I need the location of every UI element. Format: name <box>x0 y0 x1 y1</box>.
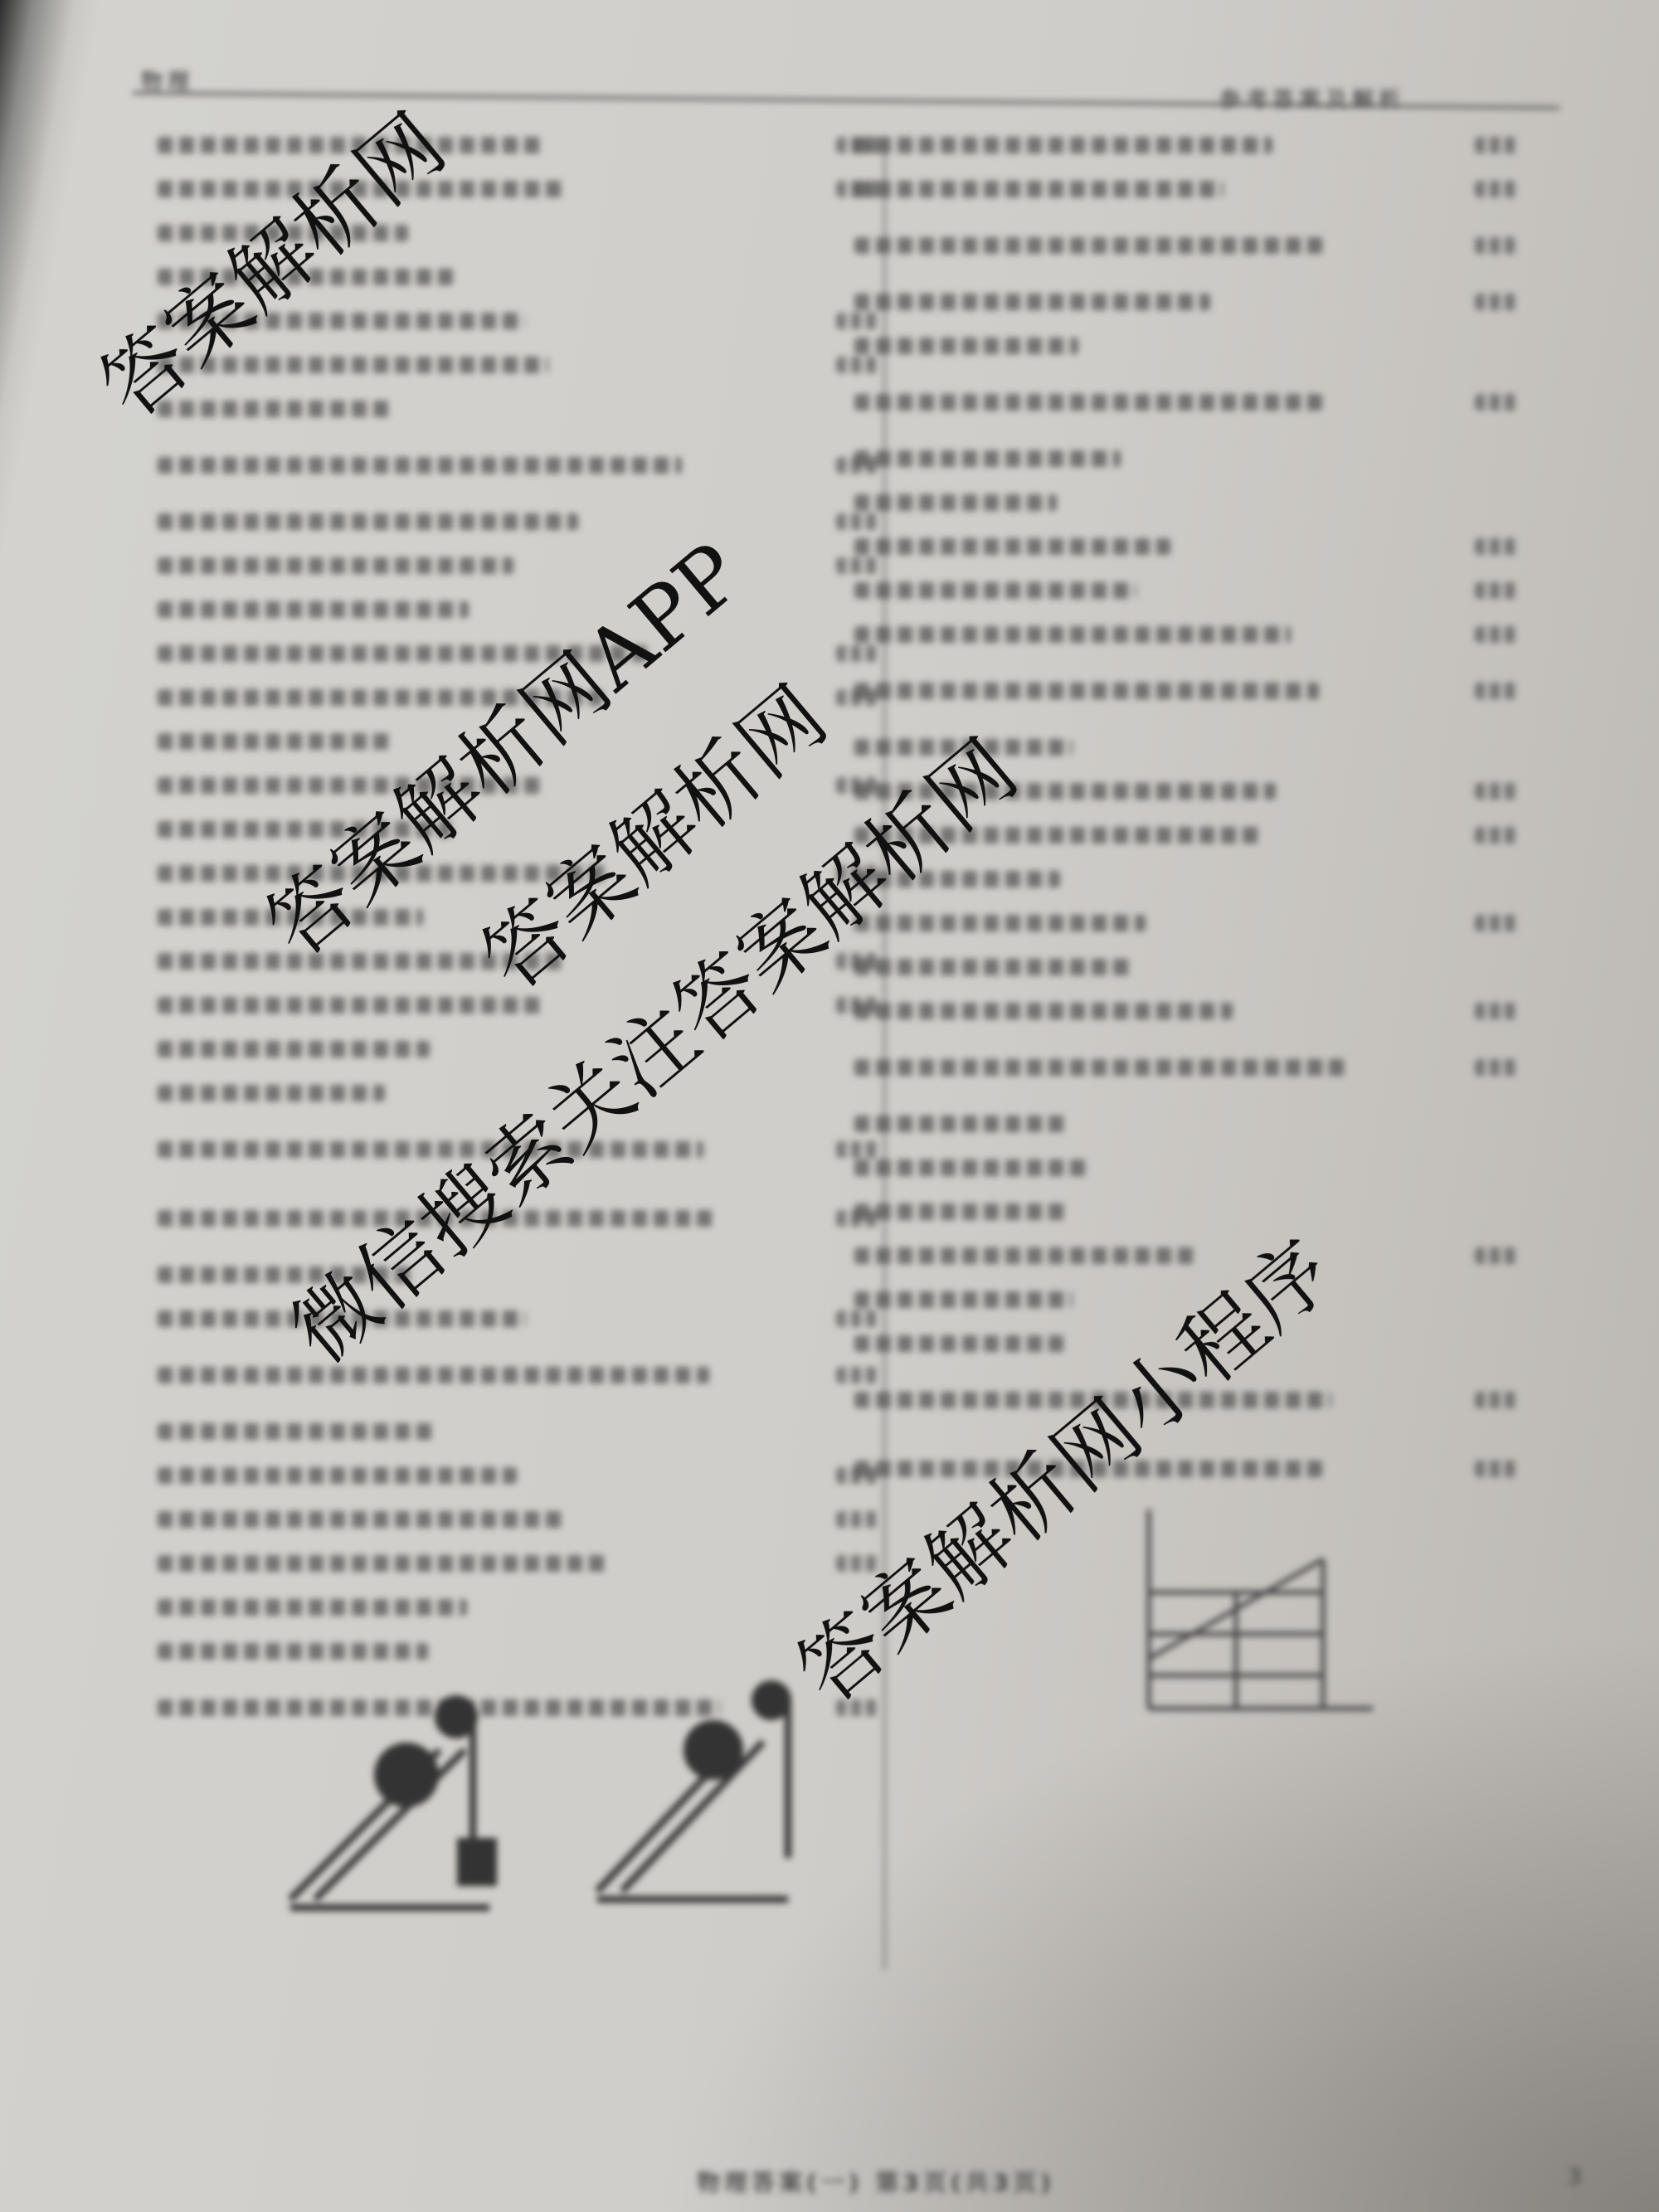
blurred-text <box>854 683 1319 699</box>
text-line <box>158 861 879 886</box>
score-marker <box>1475 394 1518 411</box>
score-marker <box>836 1511 879 1528</box>
blurred-text <box>854 394 1322 411</box>
text-line <box>854 955 1518 980</box>
score-marker <box>1475 294 1518 310</box>
text-line <box>158 1350 879 1400</box>
text-line <box>158 509 879 534</box>
text-line <box>854 446 1518 471</box>
blurred-text <box>854 294 1210 310</box>
text-line <box>158 440 879 490</box>
text-line <box>854 1199 1518 1224</box>
text-line <box>854 377 1518 427</box>
blurred-text <box>854 1335 1068 1352</box>
blurred-text <box>854 1203 1068 1220</box>
text-line <box>854 333 1518 358</box>
blurred-text <box>158 513 578 530</box>
text-line <box>158 1037 879 1062</box>
blurred-text <box>158 457 682 474</box>
score-marker <box>1475 1461 1518 1477</box>
text-line <box>854 1043 1518 1092</box>
text-line <box>158 641 879 666</box>
blurred-text <box>158 1511 564 1528</box>
text-line <box>854 911 1518 936</box>
score-marker <box>1475 827 1518 843</box>
text-line <box>158 177 879 202</box>
score-marker <box>1475 582 1518 599</box>
blurred-text <box>854 538 1170 555</box>
text-line <box>158 1595 879 1620</box>
text-line <box>158 1262 879 1287</box>
page-number: 3 <box>1568 2165 1582 2190</box>
blurred-text <box>854 237 1323 254</box>
text-line <box>854 221 1518 270</box>
text-line <box>158 1507 879 1532</box>
text-line <box>854 1243 1518 1268</box>
score-marker <box>1475 1003 1518 1019</box>
text-line <box>854 666 1518 716</box>
blurred-text <box>158 601 469 618</box>
text-line <box>854 1444 1518 1494</box>
blurred-text <box>158 733 394 750</box>
section-header: 参考答案及解析 <box>1219 83 1405 114</box>
text-line <box>158 817 879 842</box>
text-line <box>854 133 1518 158</box>
blurred-text <box>854 582 1136 599</box>
score-marker <box>1475 1392 1518 1408</box>
blurred-text <box>158 401 395 417</box>
score-marker <box>1475 538 1518 555</box>
blurred-text <box>854 1247 1196 1264</box>
blurred-text <box>854 1291 1073 1308</box>
blurred-text <box>854 1003 1233 1019</box>
blurred-text <box>158 1367 709 1383</box>
text-line <box>158 1551 879 1576</box>
score-marker <box>1475 915 1518 931</box>
velocity-time-graph <box>1124 1493 1398 1742</box>
text-line <box>854 177 1518 202</box>
blurred-text <box>158 1041 430 1057</box>
blurred-text <box>854 959 1135 975</box>
blurred-text <box>854 1059 1350 1076</box>
text-line <box>158 1463 879 1488</box>
blurred-text <box>854 450 1121 467</box>
blurred-text <box>854 626 1291 643</box>
text-line <box>854 490 1518 515</box>
blurred-text <box>158 1085 385 1101</box>
text-line <box>158 553 879 578</box>
score-marker <box>1475 237 1518 254</box>
text-line <box>158 133 879 158</box>
text-line <box>158 1306 879 1331</box>
blurred-text <box>854 338 1078 354</box>
page-footer: 物理答案(一) 第3页(共3页) <box>697 2165 1055 2198</box>
text-line <box>854 534 1518 559</box>
text-line <box>854 622 1518 647</box>
score-marker <box>1475 1059 1518 1076</box>
blurred-text <box>158 1423 435 1440</box>
blurred-text <box>854 494 1057 511</box>
blurred-text <box>158 1555 607 1572</box>
text-line <box>158 1419 879 1444</box>
blurred-text <box>854 137 1272 153</box>
score-marker <box>1475 683 1518 699</box>
score-marker <box>1475 137 1518 153</box>
blurred-text <box>158 1599 467 1616</box>
blurred-text <box>854 1116 1068 1132</box>
blurred-text <box>158 557 513 574</box>
text-line <box>854 578 1518 603</box>
blurred-text <box>158 1141 703 1158</box>
text-line <box>158 597 879 622</box>
text-line <box>854 1111 1518 1136</box>
text-line <box>854 999 1518 1023</box>
blurred-text <box>158 997 541 1014</box>
text-line <box>854 1155 1518 1180</box>
blurred-text <box>854 915 1146 931</box>
text-line <box>158 352 879 377</box>
score-marker <box>1475 783 1518 800</box>
text-line <box>854 289 1518 314</box>
text-line <box>158 396 879 421</box>
blurred-text <box>854 1159 1087 1176</box>
incline-pulley-figures <box>274 1650 871 1966</box>
blurred-text <box>854 181 1224 197</box>
blurred-text <box>158 1467 517 1484</box>
text-line <box>854 867 1518 892</box>
score-marker <box>1475 1247 1518 1264</box>
score-marker <box>1475 626 1518 643</box>
score-marker <box>1475 181 1518 197</box>
